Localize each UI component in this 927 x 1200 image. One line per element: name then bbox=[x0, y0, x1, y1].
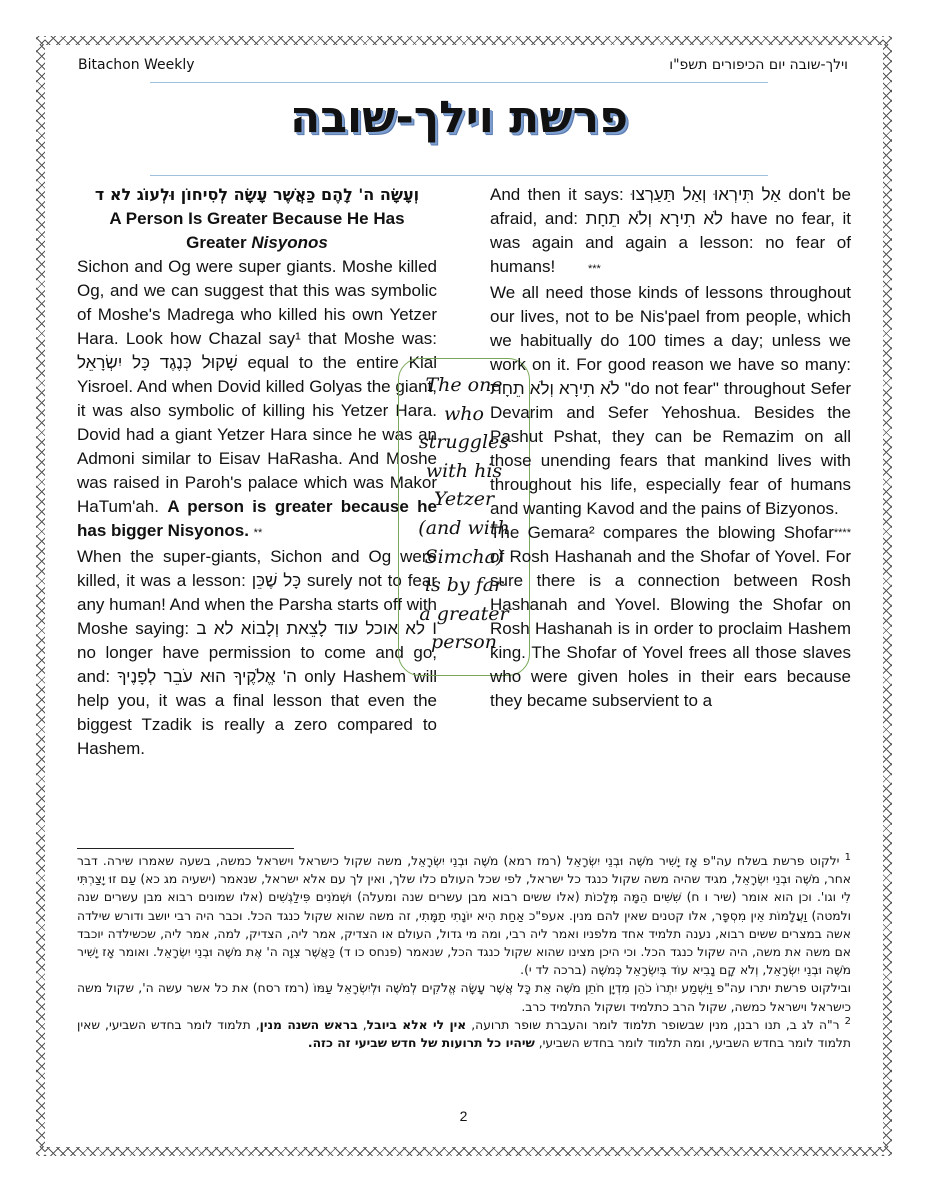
footnote-text: ילקוט פרשת בשלח עה"פ אָז יָשִׁיר מֹשֶׁה … bbox=[77, 854, 851, 977]
header-parsha-date: וילך-שובה יום הכיפורים תשפ"ו bbox=[669, 57, 848, 73]
page-number: 2 bbox=[0, 1108, 927, 1124]
left-column: וְעָשָׂה ה' לָהֶם כַּאֲשֶׁר עָשָׂה לְסִי… bbox=[77, 183, 437, 761]
footnote-bold: אין לי אלא ביובל bbox=[367, 1018, 467, 1032]
right-column: And then it says: אַל תִּירְאוּ וְאַל תַ… bbox=[490, 183, 851, 713]
footnote-1: 1 ילקוט פרשת בשלח עה"פ אָז יָשִׁיר מֹשֶׁ… bbox=[77, 852, 851, 979]
paragraph-text: And then it says: אַל תִּירְאוּ וְאַל תַ… bbox=[490, 185, 851, 276]
footnotes: 1 ילקוט פרשת בשלח עה"פ אָז יָשִׁיר מֹשֶׁ… bbox=[77, 852, 851, 1052]
section-separator: *** bbox=[588, 263, 601, 275]
footnote-number: 2 bbox=[845, 1016, 851, 1027]
paragraph-text: We all need those kinds of lessons throu… bbox=[490, 283, 851, 518]
footnote-separator bbox=[77, 848, 294, 849]
body-paragraph: Sichon and Og were super giants. Moshe k… bbox=[77, 255, 437, 545]
body-paragraph: And then it says: אַל תִּירְאוּ וְאַל תַ… bbox=[490, 183, 851, 281]
footnote-1-continued: ובילקוט פרשת יתרו עה"פ וַיִּשְׁמַע יִתְר… bbox=[77, 979, 851, 1015]
body-paragraph: The Gemara² compares the blowing Shofar … bbox=[490, 521, 851, 713]
section-separator: ** bbox=[254, 527, 263, 539]
footnote-bold: בראש השנה מנין bbox=[260, 1018, 358, 1032]
verse-heading: וְעָשָׂה ה' לָהֶם כַּאֲשֶׁר עָשָׂה לְסִי… bbox=[77, 183, 437, 207]
footnote-number: 1 bbox=[845, 852, 851, 863]
heading-italic: Nisyonos bbox=[251, 233, 328, 252]
body-paragraph: When the super-giants, Sichon and Og wer… bbox=[77, 545, 437, 761]
page-title: פרשת וילך-שובה bbox=[150, 92, 768, 143]
title-rule-top bbox=[150, 82, 768, 83]
section-separator: **** bbox=[834, 521, 851, 545]
title-rule-bottom bbox=[150, 175, 768, 176]
footnote-2: 2 ר"ה לג ב, תנו רבנן, מנין שבשופר תלמוד … bbox=[77, 1016, 851, 1052]
footnote-text: ר"ה לג ב, תנו רבנן, מנין שבשופר תלמוד לו… bbox=[466, 1018, 839, 1032]
paragraph-text: Sichon and Og were super giants. Moshe k… bbox=[77, 257, 437, 516]
header-publication-name: Bitachon Weekly bbox=[78, 57, 195, 73]
article-heading: A Person Is Greater Because He Has Great… bbox=[77, 207, 437, 255]
footnote-bold: שיהיו כל תרועות של חדש שביעי זה כזה. bbox=[308, 1036, 535, 1050]
footnote-text: , bbox=[358, 1018, 367, 1032]
body-paragraph: We all need those kinds of lessons throu… bbox=[490, 281, 851, 521]
